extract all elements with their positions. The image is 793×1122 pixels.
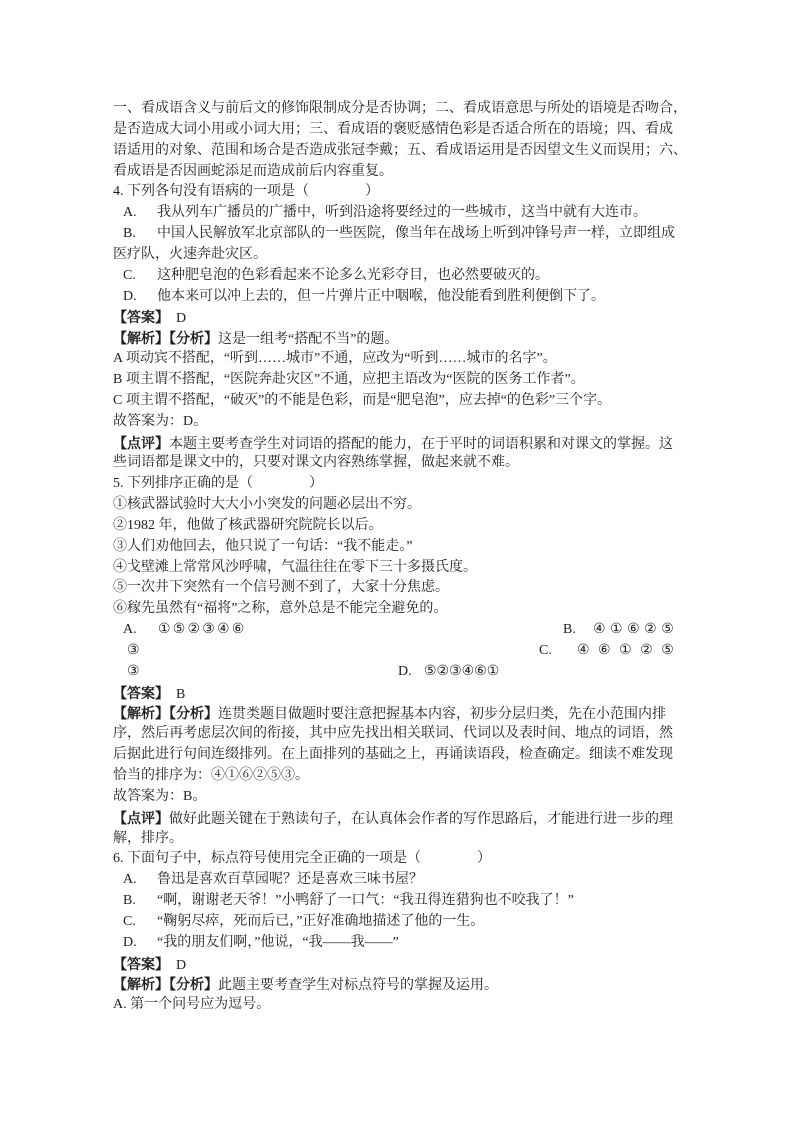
marker-text: D xyxy=(162,958,186,973)
question-5-conclusion: 故答案为：B。 xyxy=(113,787,685,808)
question-6-title: 6. 下面句子中，标点符号使用完全正确的一项是（ ） xyxy=(113,849,685,870)
marker-text: B xyxy=(162,687,185,702)
question-4-analysis-3: B 项主谓不搭配，“医院奔赴灾区”不通，应把主语改为“医院的医务工作者”。 xyxy=(113,370,685,391)
option-text: “鞠躬尽瘁，死而后已，”正好准确地描述了他的一生。 xyxy=(157,914,484,929)
question-5-title: 5. 下列排序正确的是（ ） xyxy=(113,474,685,495)
option-text: 他本来可以冲上去的，但一片弹片正中咽喉，他没能看到胜利便倒下了。 xyxy=(157,289,605,304)
question-6-section: 6. 下面句子中，标点符号使用完全正确的一项是（ ）A.鲁迅是喜欢百草园呢？还是… xyxy=(113,849,685,1016)
question-4-conclusion: 故答案为：D。 xyxy=(113,412,685,433)
section-marker: 【解析】【分析】 xyxy=(113,976,218,992)
question-5-analysis-3: 后据此进行句间连缀排列。在上面排列的基础之上，再诵读语段，检查确定。细读不难发现 xyxy=(113,745,685,766)
marker-text: D xyxy=(162,311,186,326)
marker-text: 这是一组考“搭配不当”的题。 xyxy=(218,332,398,347)
intro-line-3: 语适用的对象、范围和场合是否造成张冠李戴；五、看成语运用是否因望文生义而误用；六… xyxy=(113,141,685,162)
option-c-label: C. xyxy=(539,641,552,662)
question-5-answer: 【答案】 B xyxy=(113,683,685,704)
option-c-wrap: ③ xyxy=(127,662,140,683)
marker-text: 此题主要考查学生对标点符号的掌握及运用。 xyxy=(218,978,498,993)
marker-text: 连贯类题目做题时要注意把握基本内容，初步分层归类，先在小范围内排 xyxy=(218,707,666,722)
marker-text: 本题主要考查学生对词语的搭配的能力，在于平时的词语积累和对课文的掌握。这 xyxy=(169,437,673,452)
section-marker: 【答案】 xyxy=(113,685,162,701)
question-4-option-c: C.这种肥皂泡的色彩看起来不论多么光彩夺目，也必然要破灭的。 xyxy=(113,266,685,287)
intro-section: 一、看成语含义与前后文的修饰限制成分是否协调；二、看成语意思与所处的语境是否吻合… xyxy=(113,99,685,182)
marker-text: 做好此题关键在于熟读句子，在认真体会作者的写作思路后，才能进行进一步的理 xyxy=(169,812,673,827)
question-4-option-d: D.他本来可以冲上去的，但一片弹片正中咽喉，他没能看到胜利便倒下了。 xyxy=(113,287,685,308)
option-label: B. xyxy=(123,224,157,245)
page-text: 一、看成语含义与前后文的修饰限制成分是否协调；二、看成语意思与所处的语境是否吻合… xyxy=(113,99,685,1016)
question-4-answer: 【答案】 D xyxy=(113,307,685,328)
option-text: 鲁迅是喜欢百草园呢？还是喜欢三味书屋？ xyxy=(157,872,423,887)
option-text: 我从列车广播员的广播中，听到沿途将要经过的一些城市，这当中就有大连市。 xyxy=(157,205,647,220)
question-4-comment-1: 【点评】本题主要考查学生对词语的搭配的能力，在于平时的词语积累和对课文的掌握。这 xyxy=(113,433,685,454)
question-4-option-b-continued: 医疗队，火速奔赴灾区。 xyxy=(113,245,685,266)
option-b-sequence: ④①⑥②⑤ xyxy=(593,620,678,641)
question-5-analysis-1: 【解析】【分析】连贯类题目做题时要注意把握基本内容，初步分层归类，先在小范围内排 xyxy=(113,703,685,724)
option-label: A. xyxy=(123,870,157,891)
question-5-sentence-1: ①核武器试验时大大小小突发的问题必层出不穷。 xyxy=(113,495,685,516)
option-text: 这种肥皂泡的色彩看起来不论多么光彩夺目，也必然要破灭的。 xyxy=(157,268,549,283)
intro-line-4: 看成语是否因画蛇添足而造成前后内容重复。 xyxy=(113,162,685,183)
option-text: “我的朋友们啊，”他说，“我——我——” xyxy=(157,935,399,950)
option-text: “啊，谢谢老天爷！”小鸭舒了一口气：“我丑得连猎狗也不咬我了！” xyxy=(157,893,574,908)
option-b-wrap: ③ xyxy=(127,641,140,662)
question-5-comment-1: 【点评】做好此题关键在于熟读句子，在认真体会作者的写作思路后，才能进行进一步的理 xyxy=(113,808,685,829)
option-a-label: A. xyxy=(123,620,137,641)
section-marker: 【答案】 xyxy=(113,309,162,325)
question-4-option-b: B.中国人民解放军北京部队的一些医院，像当年在战场上听到冲锋号声一样，立即组成 xyxy=(113,224,685,245)
question-5-options-row-2: ③C.④ ⑥ ① ② ⑤ xyxy=(113,641,685,662)
option-a-sequence: ①⑤②③④⑥ xyxy=(158,620,247,641)
question-6-option-d: D.“我的朋友们啊，”他说，“我——我——” xyxy=(113,933,685,954)
option-b-label: B. xyxy=(563,620,576,641)
question-5-sentence-5: ⑤一次井下突然有一个信号测不到了，大家十分焦虑。 xyxy=(113,578,685,599)
question-6-answer: 【答案】 D xyxy=(113,954,685,975)
question-5-sentence-4: ④戈壁滩上常常风沙呼啸，气温往往在零下三十多摄氏度。 xyxy=(113,558,685,579)
question-4-title: 4. 下列各句没有语病的一项是（ ） xyxy=(113,182,685,203)
question-5-section: 5. 下列排序正确的是（ ）①核武器试验时大大小小突发的问题必层出不穷。②198… xyxy=(113,474,685,849)
question-4-comment-2: 些词语都是课文中的，只要对课文内容熟练掌握，做起来就不难。 xyxy=(113,453,685,474)
question-4-section: 4. 下列各句没有语病的一项是（ ）A.我从列车广播员的广播中，听到沿途将要经过… xyxy=(113,182,685,474)
intro-line-2: 是否造成大词小用或小词大用；三、看成语的褒贬感情色彩是否适合所在的语境；四、看成 xyxy=(113,120,685,141)
option-c-sequence: ④ ⑥ ① ② ⑤ xyxy=(577,641,676,662)
question-5-comment-2: 解，排序。 xyxy=(113,829,685,850)
question-4-analysis-4: C 项主谓不搭配，“破灭”的不能是色彩，而是“肥皂泡”，应去掉“的色彩”三个字。 xyxy=(113,391,685,412)
section-marker: 【解析】【分析】 xyxy=(113,330,218,346)
question-5-options-row-3: ③D.⑤②③④⑥① xyxy=(113,662,685,683)
intro-line-1: 一、看成语含义与前后文的修饰限制成分是否协调；二、看成语意思与所处的语境是否吻合… xyxy=(113,99,685,120)
question-5-sentence-2: ②1982 年，他做了核武器研究院院长以后。 xyxy=(113,516,685,537)
question-4-option-a: A.我从列车广播员的广播中，听到沿途将要经过的一些城市，这当中就有大连市。 xyxy=(113,203,685,224)
question-4-analysis-1: 【解析】【分析】这是一组考“搭配不当”的题。 xyxy=(113,328,685,349)
option-d-sequence: ⑤②③④⑥① xyxy=(424,662,499,683)
question-5-sentence-6: ⑥稼先虽然有“福将”之称，意外总是不能完全避免的。 xyxy=(113,599,685,620)
question-6-analysis-1: 【解析】【分析】此题主要考查学生对标点符号的掌握及运用。 xyxy=(113,974,685,995)
section-marker: 【点评】 xyxy=(113,435,169,451)
question-5-analysis-4: 恰当的排序为：④①⑥②⑤③。 xyxy=(113,766,685,787)
option-label: C. xyxy=(123,266,157,287)
section-marker: 【点评】 xyxy=(113,810,169,826)
question-6-option-b: B.“啊，谢谢老天爷！”小鸭舒了一口气：“我丑得连猎狗也不咬我了！” xyxy=(113,891,685,912)
option-label: C. xyxy=(123,912,157,933)
question-5-analysis-2: 序，然后再考虑层次间的衔接，其中应先找出相关联词、代词以及表时间、地点的词语，然 xyxy=(113,724,685,745)
question-5-sentence-3: ③人们劝他回去，他只说了一句话：“我不能走。” xyxy=(113,537,685,558)
question-6-option-c: C.“鞠躬尽瘁，死而后已，”正好准确地描述了他的一生。 xyxy=(113,912,685,933)
question-6-option-a: A.鲁迅是喜欢百草园呢？还是喜欢三味书屋？ xyxy=(113,870,685,891)
section-marker: 【答案】 xyxy=(113,956,162,972)
question-5-options-row-1: A.①⑤②③④⑥B.④①⑥②⑤ xyxy=(113,620,685,641)
question-6-analysis-2: A. 第一个问号应为逗号。 xyxy=(113,995,685,1016)
option-label: B. xyxy=(123,891,157,912)
option-text: 中国人民解放军北京部队的一些医院，像当年在战场上听到冲锋号声一样，立即组成 xyxy=(157,226,675,241)
document-page: 一、看成语含义与前后文的修饰限制成分是否协调；二、看成语意思与所处的语境是否吻合… xyxy=(0,0,793,1122)
option-label: A. xyxy=(123,203,157,224)
question-4-analysis-2: A 项动宾不搭配，“听到……城市”不通，应改为“听到……城市的名字”。 xyxy=(113,349,685,370)
section-marker: 【解析】【分析】 xyxy=(113,705,218,721)
option-d-label: D. xyxy=(398,662,412,683)
option-label: D. xyxy=(123,287,157,308)
option-label: D. xyxy=(123,933,157,954)
